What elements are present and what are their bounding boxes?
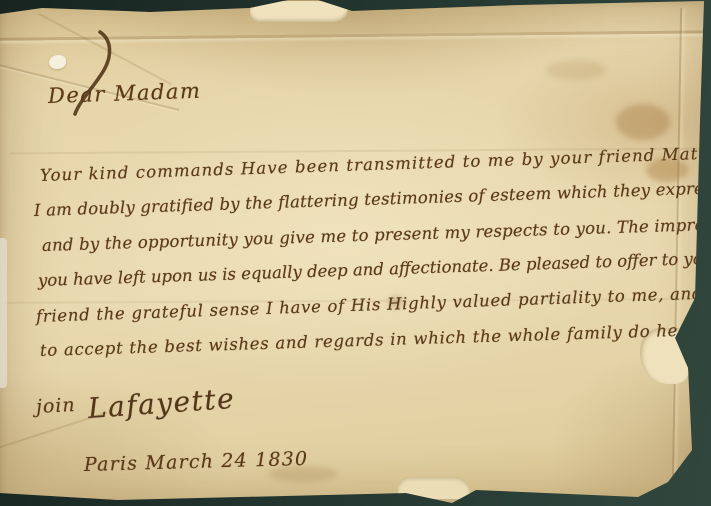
pen-flourish-icon <box>66 26 122 122</box>
paper-damage-spot <box>49 55 66 69</box>
crease <box>672 8 682 482</box>
crease <box>0 30 711 40</box>
letter-line: friend the grateful sense I have of His … <box>36 284 704 326</box>
crease <box>38 13 171 85</box>
letter-line: you have left upon us is equally deep an… <box>38 248 711 290</box>
photo-backdrop: Dear Madam Your kind commands Have been … <box>0 0 711 506</box>
dateline: Paris March 24 1830 <box>84 448 309 476</box>
torn-edge-left <box>0 238 7 388</box>
salutation: Dear Madam <box>48 79 202 108</box>
torn-edge-bottom <box>398 477 470 499</box>
closing-word: join <box>35 394 76 418</box>
torn-edge-top <box>250 1 348 22</box>
signature: Lafayette <box>87 382 236 425</box>
letter-paper: Dear Madam Your kind commands Have been … <box>0 0 711 506</box>
letter-line: and by the opportunity you give me to pr… <box>42 214 711 255</box>
letter-line: Your kind commands Have been transmitted… <box>40 143 711 185</box>
stain <box>616 104 670 140</box>
letter-line: to accept the best wishes and regards in… <box>40 319 711 360</box>
stain <box>546 60 606 80</box>
letter-line: I am doubly gratified by the flattering … <box>34 178 711 220</box>
